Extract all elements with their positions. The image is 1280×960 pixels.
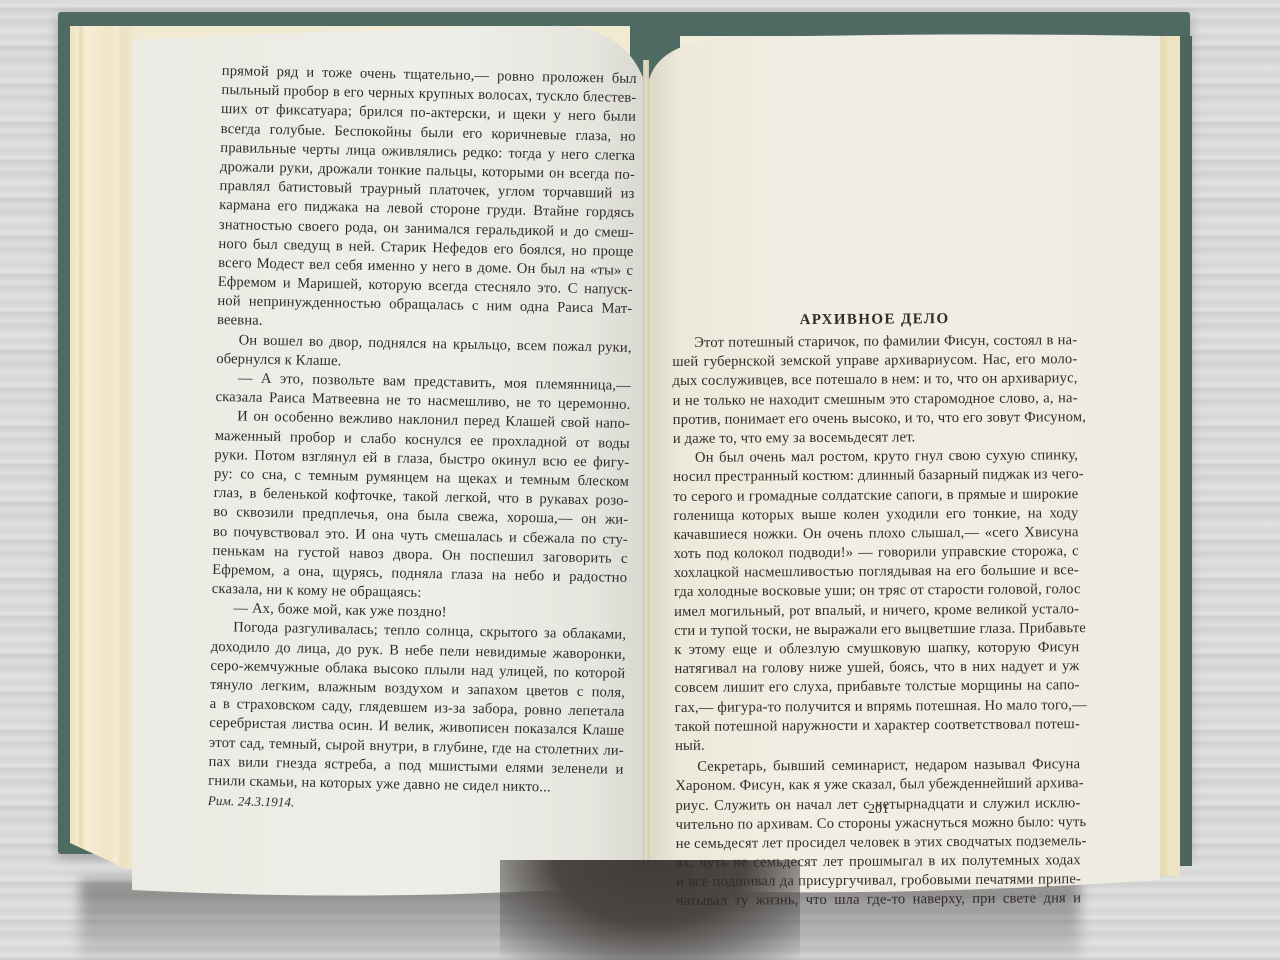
page-number: 201: [868, 802, 889, 818]
text-line: Хароном. Фисун, как я уже сказал, был уб…: [675, 774, 1080, 796]
text-line: голенища которых выше колен уходили его …: [673, 504, 1078, 526]
text-line: гах,— фигура-то получится и впрямь потеш…: [675, 696, 1080, 718]
text-line: и не только не находит смешным это старо…: [673, 389, 1078, 411]
text-line: совсем лишит его слуха, прибавьте толсты…: [675, 677, 1080, 699]
text-line: то серого и громадные солдатские сапоги,…: [673, 485, 1078, 507]
text-line: носил престранный костюм: длинный базарн…: [673, 465, 1078, 487]
book-gutter: [643, 60, 649, 880]
text-line: дых сослуживцев, все потешало в нем: и т…: [672, 370, 1077, 392]
text-line: чатывал ту жизнь, что шла где-то наверху…: [676, 890, 1081, 912]
text-line: имел могильный, рот впалый, и ничего, кр…: [674, 600, 1079, 622]
text-line: ный.: [675, 734, 1080, 756]
text-line: против, понимает его очень высоко, и то,…: [673, 408, 1078, 430]
right-page-text: АРХИВНОЕ ДЕЛО Этот потешный старичок, по…: [672, 307, 1081, 911]
left-page-text: прямой ряд и тоже очень тщательно,— ровн…: [208, 62, 637, 819]
text-line: гда холодные восковые уши; он тряс от ст…: [674, 581, 1079, 603]
chapter-title: АРХИВНОЕ ДЕЛО: [672, 307, 1077, 332]
text-line: такой потешной наружности и характер соо…: [675, 715, 1080, 737]
